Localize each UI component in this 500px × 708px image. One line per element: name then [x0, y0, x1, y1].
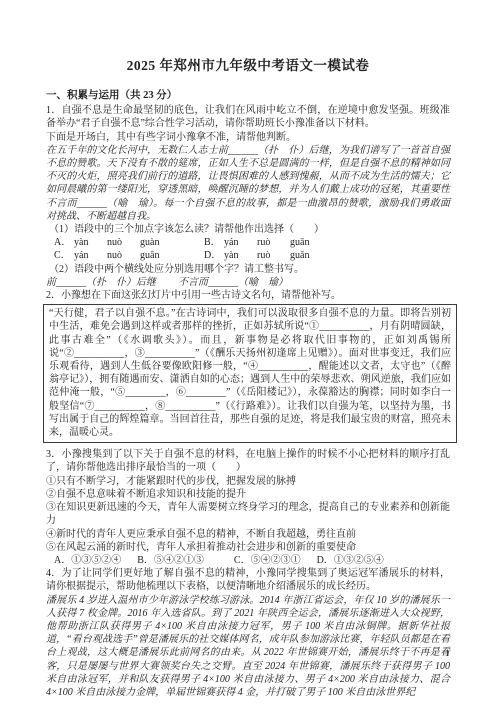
order-option-d: D．①③②⑤④ [317, 554, 384, 567]
option-label: A． [54, 236, 74, 249]
question-1-blanks: 前______（扑 仆）后继不言而______（喻 瑜） [46, 276, 450, 289]
slide-quote-box: “天行健，君子以自强不息。”在古诗词中，我们可以汲取很多自强不息的力量。即将告别… [43, 304, 457, 443]
pinyin-syllable: ruò [257, 236, 290, 249]
pinyin-option-d: D．yànruòguān [204, 249, 354, 262]
option-label: B． [204, 236, 224, 249]
pinyin-syllable: guān [290, 249, 323, 262]
pinyin-syllable: guàn [140, 236, 173, 249]
pinyin-syllable: yàn [74, 236, 107, 249]
order-option-b: B．⑤④②①③ [137, 554, 204, 567]
pinyin-syllable: guān [290, 236, 323, 249]
exam-page: 2025 年郑州市九年级中考语文一模试卷 一、积累与运用（共 23 分） 1．自… [0, 0, 500, 708]
question-1-sub2: （2）语段中两个横线处应分别选用哪个字？请工整书写。 [46, 263, 450, 276]
pinyin-option-b: B．yánruòguān [204, 236, 354, 249]
pinyin-option-c: C．yánnuòguān [54, 249, 204, 262]
option-label: C． [234, 555, 251, 566]
question-1-text: 1．自强不息是生命最坚韧的底色，让我们在风雨中屹立不倒，在逆境中愈发坚强。班级准… [46, 104, 450, 130]
option-label: D． [317, 555, 334, 566]
question-1-sub1: （1）语段中的三个加点字该怎么读？请帮他作出选择（ ） [46, 223, 450, 236]
order-option-c: C．⑤④②③① [234, 554, 301, 567]
option-sequence: ⑤④②①③ [154, 555, 204, 566]
question-3-item-5: ⑤在风起云涌的新时代，青年人承担着推动社会进步和创新的重要使命 [46, 541, 450, 554]
pinyin-syllable: guān [140, 249, 173, 262]
question-3-text: 3．小豫搜集到了以下关于自强不息的材料，在电脑上操作的时候不小心把材料的顺序打乱… [46, 448, 450, 474]
pinyin-syllable: yàn [224, 249, 257, 262]
question-3-item-2: ②自强不息意味着不断追求知识和技能的提升 [46, 488, 450, 501]
slide-quote-text: “天行健，君子以自强不息。”在古诗词中，我们可以汲取很多自强不息的力量。即将告别… [49, 308, 451, 438]
option-sequence: ①③②⑤④ [334, 555, 384, 566]
option-sequence: ①③⑤②④ [71, 555, 121, 566]
pinyin-options-row-2: C．yánnuòguānD．yànruòguān [46, 249, 450, 262]
option-label: B． [137, 555, 154, 566]
page-number: 1 [445, 648, 450, 661]
page-title: 2025 年郑州市九年级中考语文一模试卷 [46, 57, 450, 74]
section-heading: 一、积累与运用（共 23 分） [46, 89, 450, 102]
pinyin-syllable: yán [74, 249, 107, 262]
option-label: C． [54, 249, 74, 262]
question-1-passage: 在五千年的文化长河中，无数仁人志士前______（扑 仆）后继，为我们谱写了一首… [46, 144, 450, 223]
pinyin-syllable: ruò [257, 249, 290, 262]
question-2-text: 2．小豫想在下面这张幻灯片中引用一些古诗文名句，请帮他补写。 [46, 289, 450, 302]
option-sequence: ⑤④②③① [251, 555, 301, 566]
pinyin-syllable: yán [224, 236, 257, 249]
pinyin-syllable: nuò [107, 249, 140, 262]
question-3-block: 3．小豫搜集到了以下关于自强不息的材料，在电脑上操作的时候不小心把材料的顺序打乱… [46, 448, 450, 567]
page-content: 2025 年郑州市九年级中考语文一模试卷 一、积累与运用（共 23 分） 1．自… [0, 0, 500, 699]
blank-choice-1: 前______（扑 仆）后继 [46, 277, 156, 288]
question-3-item-1: ①只有不断学习，才能紧跟时代的步伐，把握发展的脉搏 [46, 475, 450, 488]
option-label: A． [54, 555, 71, 566]
order-options-row: A．①③⑤②④B．⑤④②①③C．⑤④②③①D．①③②⑤④ [46, 554, 450, 567]
question-4-passage: 潘展乐 4 岁进入温州市少年游泳学校练习游泳。2014 年浙江省运会，年仅 10… [46, 594, 450, 700]
question-4-text: 4．为了让同学们更好地了解自强不息的精神，小豫同学搜集到了奥运冠军潘展乐的材料，… [46, 567, 450, 593]
question-3-item-4: ④新时代的青年人更应秉承自强不息的精神，不断自我超越，勇往直前 [46, 528, 450, 541]
order-option-a: A．①③⑤②④ [54, 554, 121, 567]
option-label: D． [204, 249, 224, 262]
pinyin-option-a: A．yànnuòguàn [54, 236, 204, 249]
pinyin-options-row-1: A．yànnuòguànB．yánruòguān [46, 236, 450, 249]
blank-choice-2: 不言而______（喻 瑜） [178, 277, 288, 288]
question-1-lead: 下面是开场白，其中有些字词小豫拿不准，请帮他判断。 [46, 131, 450, 144]
question-3-item-3: ③在知识更新迅速的今天，青年人需要树立终身学习的理念，提高自己的专业素养和创新能… [46, 501, 450, 527]
pinyin-syllable: nuò [107, 236, 140, 249]
